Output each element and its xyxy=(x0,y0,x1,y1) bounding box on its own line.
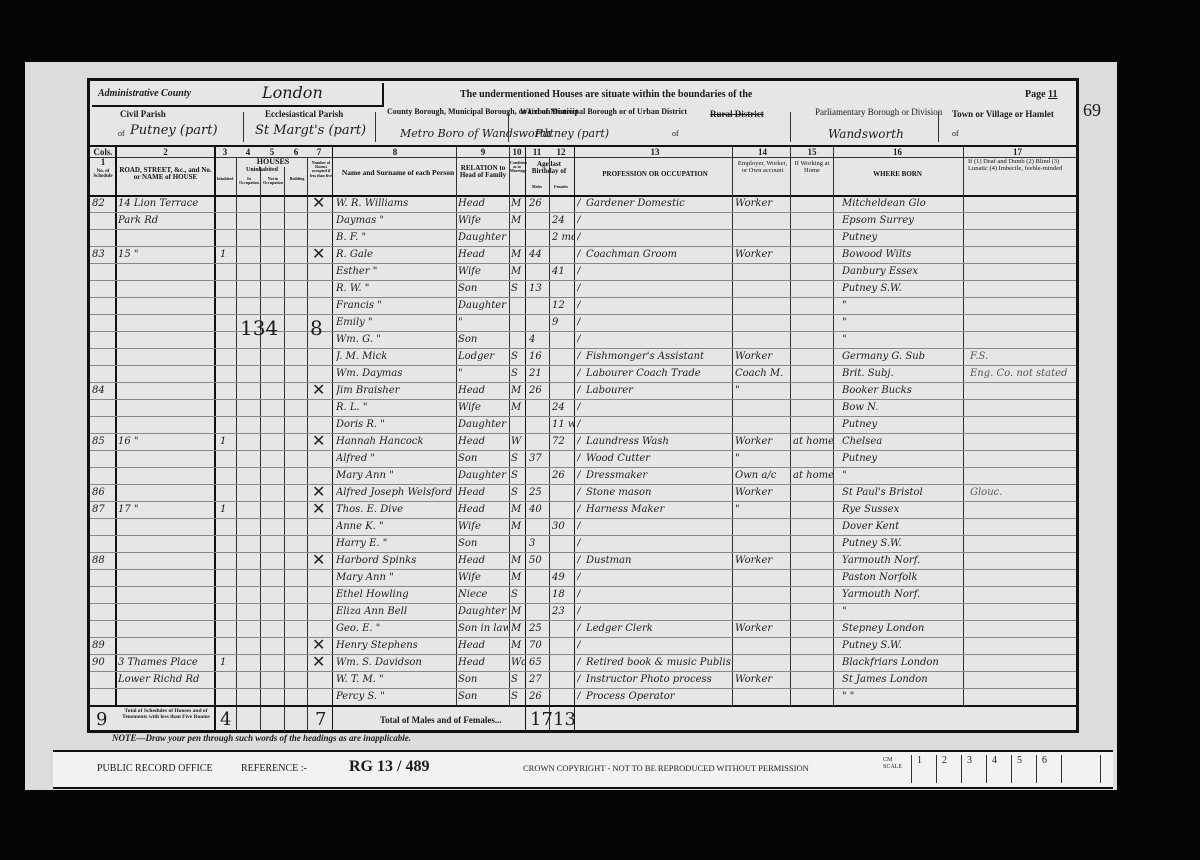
head-cross-mark: ✕ xyxy=(312,550,325,569)
tick-mark: / xyxy=(577,263,585,280)
cell-inh: 1 xyxy=(220,433,234,450)
intro-text: The undermentioned Houses are situate wi… xyxy=(460,89,752,100)
ward-label: Ward of Municipal Borough or of Urban Di… xyxy=(520,108,630,116)
cell-emp xyxy=(735,416,790,433)
cell-female xyxy=(552,688,574,705)
cell-name: Eliza Ann Bell xyxy=(336,603,456,620)
cell-name: Wm. G. " xyxy=(336,331,456,348)
cell-female xyxy=(552,246,574,263)
cell-occ xyxy=(586,603,731,620)
cell-emp xyxy=(735,331,790,348)
cell-occ xyxy=(586,212,731,229)
cell-born: Yarmouth Norf. xyxy=(842,552,962,569)
cell-cond: S xyxy=(511,484,525,501)
cell-home xyxy=(793,637,833,654)
cell-emp: Worker xyxy=(735,671,790,688)
col-num-3: 3 xyxy=(215,147,235,157)
total-schedules-label: Total of Schedules of Houses and of Tene… xyxy=(120,708,212,720)
cell-male xyxy=(529,433,549,450)
cell-rel: Wife xyxy=(458,569,508,586)
col-header-males: Males xyxy=(527,185,547,189)
census-form: Administrative County London The underme… xyxy=(87,78,1079,733)
cell-occ: Stone mason xyxy=(586,484,731,501)
col-header-address: ROAD, STREET, &c., and No. or NAME of HO… xyxy=(118,167,213,182)
cell-male: 70 xyxy=(529,637,549,654)
cell-cond xyxy=(511,535,525,552)
cell-home: at home xyxy=(793,433,833,450)
cell-female: 18 xyxy=(552,586,574,603)
table-row: /Harry E. "Son3Putney S.W. xyxy=(90,535,1076,553)
cell-female xyxy=(552,195,574,212)
tick-mark: / xyxy=(577,586,585,603)
cell-male: 26 xyxy=(529,195,549,212)
cell-infirm: Glouc. xyxy=(970,484,1070,501)
cell-emp xyxy=(735,586,790,603)
cell-rel: Head xyxy=(458,433,508,450)
civil-parish-value: Putney (part) xyxy=(130,123,218,138)
footer-scale-label: CM SCALE xyxy=(883,757,905,771)
col-num-9: 9 xyxy=(458,147,508,157)
cell-female: 49 xyxy=(552,569,574,586)
cell-rel: Head xyxy=(458,484,508,501)
cell-name: W. T. M. " xyxy=(336,671,456,688)
cell-home xyxy=(793,382,833,399)
cell-occ xyxy=(586,569,731,586)
cell-emp xyxy=(735,518,790,535)
cell-sched: 88 xyxy=(92,552,114,569)
cell-address xyxy=(118,263,213,280)
table-row: /J. M. MickLodgerS16Fishmonger's Assista… xyxy=(90,348,1076,366)
cell-inh: 1 xyxy=(220,654,234,671)
tick-mark: / xyxy=(577,433,585,450)
cell-address: 14 Lion Terrace xyxy=(118,195,213,212)
cell-rel: Niece xyxy=(458,586,508,603)
cell-occ: Labourer Coach Trade xyxy=(586,365,731,382)
cell-female xyxy=(552,637,574,654)
cell-name: Doris R. " xyxy=(336,416,456,433)
cell-emp xyxy=(735,297,790,314)
cell-cond xyxy=(511,416,525,433)
cell-male: 37 xyxy=(529,450,549,467)
cell-name: W. R. Williams xyxy=(336,195,456,212)
cell-infirm xyxy=(970,450,1070,467)
cell-emp: Worker xyxy=(735,246,790,263)
cell-cond: Wdr xyxy=(511,654,525,671)
tick-mark: / xyxy=(577,280,585,297)
col-header-females: Females xyxy=(550,185,572,189)
cell-male: 44 xyxy=(529,246,549,263)
tick-mark: / xyxy=(577,535,585,552)
cell-cond: M xyxy=(511,518,525,535)
cell-sched xyxy=(92,348,114,365)
tick-mark: / xyxy=(577,637,585,654)
cell-emp xyxy=(735,280,790,297)
table-row: /Park RdDaymas "WifeM24Epsom Surrey xyxy=(90,212,1076,230)
cell-name: Alfred " xyxy=(336,450,456,467)
col-num-12: 12 xyxy=(550,147,572,157)
cell-male xyxy=(529,229,549,246)
table-row: /Percy S. "SonS26Process Operator" " xyxy=(90,688,1076,706)
cell-emp xyxy=(735,688,790,705)
cell-emp xyxy=(735,535,790,552)
cell-address xyxy=(118,484,213,501)
rural-district-label: Rural District xyxy=(710,109,764,119)
col-header-name: Name and Surname of each Person xyxy=(338,169,458,177)
cell-occ xyxy=(586,399,731,416)
cell-born: St James London xyxy=(842,671,962,688)
cell-infirm xyxy=(970,552,1070,569)
col-num-5: 5 xyxy=(261,147,283,157)
cell-address xyxy=(118,314,213,331)
cell-home xyxy=(793,688,833,705)
cell-name: Harry E. " xyxy=(336,535,456,552)
cell-born: St Paul's Bristol xyxy=(842,484,962,501)
cell-female xyxy=(552,382,574,399)
cell-emp: Coach M. xyxy=(735,365,790,382)
cell-born: " xyxy=(842,331,962,348)
table-row: /Mary Ann "WifeM49Paston Norfolk xyxy=(90,569,1076,587)
cell-cond: M xyxy=(511,620,525,637)
cell-born: Putney S.W. xyxy=(842,535,962,552)
cell-infirm xyxy=(970,331,1070,348)
cell-cond: S xyxy=(511,450,525,467)
cell-sched: 87 xyxy=(92,501,114,518)
cell-cond: M xyxy=(511,399,525,416)
cell-name: Geo. E. " xyxy=(336,620,456,637)
cell-name: Esther " xyxy=(336,263,456,280)
cell-cond: M xyxy=(511,263,525,280)
tick-mark: / xyxy=(577,365,585,382)
col-num-8: 8 xyxy=(335,147,455,157)
cell-born: Dover Kent xyxy=(842,518,962,535)
cell-inh xyxy=(220,450,234,467)
head-cross-mark: ✕ xyxy=(312,431,325,450)
cell-inh xyxy=(220,348,234,365)
cell-female: 41 xyxy=(552,263,574,280)
cell-born: Bowood Wilts xyxy=(842,246,962,263)
cell-cond: S xyxy=(511,688,525,705)
table-row: /Francis "Daughter12" xyxy=(90,297,1076,315)
cell-sched: 82 xyxy=(92,195,114,212)
reference-strip: PUBLIC RECORD OFFICE REFERENCE :- RG 13 … xyxy=(53,750,1113,789)
table-row: /R. L. "WifeM24Bow N. xyxy=(90,399,1076,417)
col-num-2: 2 xyxy=(118,147,213,157)
total-inhabited: 4 xyxy=(220,709,231,730)
cell-female xyxy=(552,501,574,518)
cell-name: R. W. " xyxy=(336,280,456,297)
tick-mark: / xyxy=(577,195,585,212)
cell-address: 3 Thames Place xyxy=(118,654,213,671)
cell-inh xyxy=(220,229,234,246)
cell-address xyxy=(118,603,213,620)
cell-born: Putney S.W. xyxy=(842,280,962,297)
cell-inh xyxy=(220,280,234,297)
cell-address: 17 " xyxy=(118,501,213,518)
cell-rel: Son in law xyxy=(458,620,508,637)
cell-occ: Dressmaker xyxy=(586,467,731,484)
page-label: Page xyxy=(1025,89,1046,100)
cell-male xyxy=(529,586,549,603)
eccl-parish-label: Ecclesiastical Parish xyxy=(265,109,343,119)
cell-infirm xyxy=(970,603,1070,620)
cell-home xyxy=(793,484,833,501)
cell-inh xyxy=(220,263,234,280)
cell-infirm xyxy=(970,569,1070,586)
cell-address: Park Rd xyxy=(118,212,213,229)
cell-rel: Daughter xyxy=(458,603,508,620)
cell-infirm xyxy=(970,433,1070,450)
cell-female xyxy=(552,450,574,467)
cell-inh xyxy=(220,484,234,501)
cell-address xyxy=(118,637,213,654)
cell-female xyxy=(552,552,574,569)
table-row: /B. F. "Daughter2 moPutney xyxy=(90,229,1076,247)
cell-sched xyxy=(92,365,114,382)
cell-occ xyxy=(586,535,731,552)
table-row: /Ethel HowlingNieceS18Yarmouth Norf. xyxy=(90,586,1076,604)
cell-home xyxy=(793,603,833,620)
town-label: Town or Village or Hamlet xyxy=(952,109,1054,119)
cell-address xyxy=(118,348,213,365)
tick-mark: / xyxy=(577,467,585,484)
cell-rel: " xyxy=(458,314,508,331)
cell-occ: Instructor Photo process xyxy=(586,671,731,688)
cell-sched xyxy=(92,280,114,297)
cell-rel: Son xyxy=(458,450,508,467)
folio-number: 69 xyxy=(1083,100,1101,121)
cell-address xyxy=(118,331,213,348)
cell-rel: Son xyxy=(458,280,508,297)
cell-infirm xyxy=(970,314,1070,331)
cell-inh xyxy=(220,212,234,229)
cell-female xyxy=(552,348,574,365)
cell-emp xyxy=(735,603,790,620)
head-cross-mark: ✕ xyxy=(312,499,325,518)
cell-inh: 1 xyxy=(220,501,234,518)
cell-home xyxy=(793,246,833,263)
table-row: /Wm. G. "Son4" xyxy=(90,331,1076,349)
cell-name: Percy S. " xyxy=(336,688,456,705)
cell-infirm xyxy=(970,620,1070,637)
cell-infirm xyxy=(970,501,1070,518)
cell-home xyxy=(793,569,833,586)
cell-born: Germany G. Sub xyxy=(842,348,962,365)
cell-female xyxy=(552,365,574,382)
cell-emp xyxy=(735,263,790,280)
tick-mark: / xyxy=(577,399,585,416)
cell-occ xyxy=(586,314,731,331)
eccl-parish-value: St Margt's (part) xyxy=(255,123,366,138)
cell-born: Danbury Essex xyxy=(842,263,962,280)
table-row: /8214 Lion TerraceW. R. WilliamsHeadM26G… xyxy=(90,195,1076,213)
cell-sched xyxy=(92,399,114,416)
tick-mark: / xyxy=(577,654,585,671)
cell-born: Stepney London xyxy=(842,620,962,637)
table-row: /Esther "WifeM41Danbury Essex xyxy=(90,263,1076,281)
scale-cell: 2 xyxy=(936,755,960,783)
cell-female: 23 xyxy=(552,603,574,620)
cell-rel: Head xyxy=(458,552,508,569)
total-females: 13 xyxy=(553,709,576,730)
cell-male: 25 xyxy=(529,484,549,501)
col-header-infirmity: If (1) Deaf and Dumb (2) Blind (3) Lunat… xyxy=(968,159,1068,173)
cell-address xyxy=(118,450,213,467)
cell-born: Blackfriars London xyxy=(842,654,962,671)
table-row: /84Jim BraisherHeadM26Labourer"Booker Bu… xyxy=(90,382,1076,400)
cell-address: 15 " xyxy=(118,246,213,263)
col-num-15: 15 xyxy=(792,147,832,157)
cell-emp xyxy=(735,399,790,416)
cell-born: Paston Norfolk xyxy=(842,569,962,586)
cell-sched xyxy=(92,229,114,246)
cell-cond: S xyxy=(511,586,525,603)
cell-address xyxy=(118,467,213,484)
cell-occ xyxy=(586,331,731,348)
cell-rel: Son xyxy=(458,688,508,705)
boundary-row: Civil Parish of Putney (part) Ecclesiast… xyxy=(90,107,1076,147)
scale-cell: 3 xyxy=(961,755,985,783)
cell-inh xyxy=(220,535,234,552)
cell-male xyxy=(529,263,549,280)
cell-female: 9 xyxy=(552,314,574,331)
of-label: of xyxy=(118,129,125,138)
table-row: /89Henry StephensHeadM70Putney S.W.✕ xyxy=(90,637,1076,655)
cell-female: 12 xyxy=(552,297,574,314)
cell-occ xyxy=(586,297,731,314)
cell-emp: " xyxy=(735,501,790,518)
ward-value: Putney (part) xyxy=(535,127,609,140)
cell-occ xyxy=(586,263,731,280)
cell-occ xyxy=(586,280,731,297)
cell-born: Chelsea xyxy=(842,433,962,450)
cell-female xyxy=(552,280,574,297)
cell-rel: Head xyxy=(458,195,508,212)
cell-infirm xyxy=(970,212,1070,229)
cell-home xyxy=(793,450,833,467)
col-header-where-born: WHERE BORN xyxy=(835,171,960,178)
cell-rel: Wife xyxy=(458,263,508,280)
cell-emp: Worker xyxy=(735,620,790,637)
cell-home xyxy=(793,195,833,212)
cell-name: J. M. Mick xyxy=(336,348,456,365)
cell-occ: Ledger Clerk xyxy=(586,620,731,637)
cell-born: " xyxy=(842,314,962,331)
cell-cond: S xyxy=(511,671,525,688)
cell-infirm xyxy=(970,246,1070,263)
census-rows: /8214 Lion TerraceW. R. WilliamsHeadM26G… xyxy=(90,195,1076,705)
cell-inh xyxy=(220,637,234,654)
scale-cell: 5 xyxy=(1011,755,1035,783)
col-header-inhabited: Inhabited xyxy=(215,177,235,181)
cell-rel: Head xyxy=(458,501,508,518)
cell-occ: Dustman xyxy=(586,552,731,569)
totals-row: 9 Total of Schedules of Houses and of Te… xyxy=(90,705,1076,733)
cell-female: 11 wks xyxy=(552,416,574,433)
cell-address xyxy=(118,518,213,535)
cell-emp xyxy=(735,229,790,246)
cell-emp xyxy=(735,314,790,331)
cell-inh xyxy=(220,467,234,484)
cell-infirm xyxy=(970,263,1070,280)
cell-address xyxy=(118,586,213,603)
parl-borough-label: Parliamentary Borough or Division xyxy=(815,108,935,117)
col-header-occupation: PROFESSION OR OCCUPATION xyxy=(580,171,730,178)
cell-cond: S xyxy=(511,348,525,365)
cell-rel: Son xyxy=(458,535,508,552)
table-row: /Doris R. "Daughter11 wksPutney xyxy=(90,416,1076,434)
cell-inh xyxy=(220,314,234,331)
cell-female: 30 xyxy=(552,518,574,535)
cell-infirm xyxy=(970,518,1070,535)
cell-born: " xyxy=(842,467,962,484)
of-label: of xyxy=(952,129,959,138)
table-row: /8717 "1Thos. E. DiveHeadM40Harness Make… xyxy=(90,501,1076,519)
rooms-tally-annotation-2: 8 xyxy=(310,316,323,340)
tick-mark: / xyxy=(577,348,585,365)
cell-born: Putney xyxy=(842,229,962,246)
page-number: Page 11 xyxy=(1025,89,1058,100)
cell-sched xyxy=(92,569,114,586)
cell-infirm xyxy=(970,229,1070,246)
col-header-not-in-occupation: Not in Occupation xyxy=(262,177,284,185)
col-header-schedule: No. of Schedule xyxy=(92,169,114,180)
cell-name: R. L. " xyxy=(336,399,456,416)
col-num-7: 7 xyxy=(308,147,330,157)
page-number-value: 11 xyxy=(1048,89,1057,100)
table-row: /8315 "1R. GaleHeadM44Coachman GroomWork… xyxy=(90,246,1076,264)
cell-born: Mitcheldean Glo xyxy=(842,195,962,212)
cell-infirm xyxy=(970,399,1070,416)
footer-reference: RG 13 / 489 xyxy=(349,758,429,776)
cell-inh xyxy=(220,552,234,569)
tick-mark: / xyxy=(577,246,585,263)
cell-sched xyxy=(92,331,114,348)
cell-infirm xyxy=(970,280,1070,297)
cell-sched: 89 xyxy=(92,637,114,654)
cell-infirm xyxy=(970,467,1070,484)
cell-born: Yarmouth Norf. xyxy=(842,586,962,603)
cell-born: Epsom Surrey xyxy=(842,212,962,229)
cell-occ: Retired book & music Publisher xyxy=(586,654,731,671)
cell-name: Thos. E. Dive xyxy=(336,501,456,518)
cell-cond: M xyxy=(511,501,525,518)
col-num-4: 4 xyxy=(237,147,259,157)
cell-male xyxy=(529,314,549,331)
scale-cell: 4 xyxy=(986,755,1010,783)
cell-female xyxy=(552,654,574,671)
cell-emp xyxy=(735,569,790,586)
cell-inh xyxy=(220,586,234,603)
cell-infirm xyxy=(970,382,1070,399)
cell-inh xyxy=(220,569,234,586)
cell-occ: Coachman Groom xyxy=(586,246,731,263)
cell-cond: S xyxy=(511,365,525,382)
col-num-11: 11 xyxy=(526,147,548,157)
cell-home xyxy=(793,280,833,297)
cell-home xyxy=(793,297,833,314)
cell-male xyxy=(529,518,549,535)
cell-sched xyxy=(92,535,114,552)
cell-occ: Harness Maker xyxy=(586,501,731,518)
table-row: /Wm. Daymas"S21Labourer Coach TradeCoach… xyxy=(90,365,1076,383)
table-row: /Alfred "SonS37Wood Cutter"Putney xyxy=(90,450,1076,468)
footer-office: PUBLIC RECORD OFFICE xyxy=(97,763,213,774)
cell-inh xyxy=(220,399,234,416)
tick-mark: / xyxy=(577,382,585,399)
table-row: /Anne K. "WifeM30Dover Kent xyxy=(90,518,1076,536)
cell-home xyxy=(793,501,833,518)
cell-male xyxy=(529,603,549,620)
